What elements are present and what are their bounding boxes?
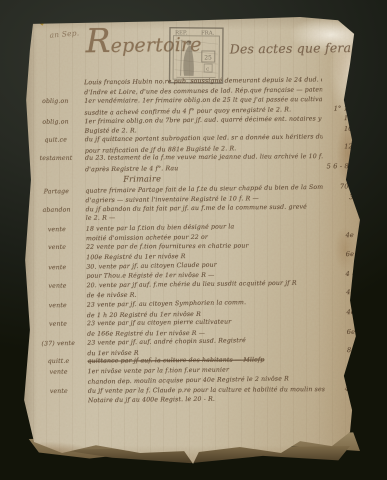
margin-label (29, 317, 87, 318)
margin-label (29, 355, 87, 356)
page-content: an Sep. Repertoire Des actes que fera RE… (17, 10, 365, 470)
margin-label (27, 153, 85, 154)
entry-text: du 23. testament de la f.me veuve marie … (85, 153, 323, 162)
margin-label: vente (28, 225, 86, 233)
margin-label: quitt.e (29, 358, 87, 365)
amount: 10 (323, 125, 353, 133)
amount: 3 (323, 193, 353, 201)
margin-label: oblig.on (26, 98, 84, 105)
register-line: vente22 vente par de f.tion fournitures … (28, 242, 354, 254)
margin-label: vente (30, 368, 88, 376)
margin-label (28, 202, 86, 203)
entry-text: 1er vendémiaire. 1er frimaire oblig.on d… (84, 96, 322, 105)
margin-label: Partage (27, 188, 85, 196)
margin-label: vente (28, 264, 86, 272)
amount: 15 (322, 114, 352, 122)
title-initial-flourish: R (85, 21, 111, 60)
amount: 8e (325, 346, 355, 354)
margin-label: abandon (28, 206, 86, 214)
margin-label (26, 94, 84, 95)
amount: 1° 10 (322, 104, 352, 112)
margin-label (29, 298, 87, 299)
entry-text: 22 vente par de f.tion fournitures en ch… (86, 242, 324, 251)
stamp-inner-border (173, 36, 219, 80)
margin-label (26, 114, 84, 115)
margin-label (30, 402, 88, 403)
photograph-background: an Sep. Repertoire Des actes que fera RE… (0, 0, 387, 480)
margin-label: vente (29, 282, 87, 290)
amount: 4 - (324, 270, 354, 278)
register-entries: Louis françois Hubin no.re pub. soussign… (26, 76, 356, 407)
register-line: Bugisté de 2. R.10 (27, 125, 353, 137)
page-title-continuation: Des actes que fera (230, 40, 352, 56)
margin-label (27, 171, 85, 172)
entry-text: du jf vente par la f. Claude p.re pour l… (88, 386, 326, 395)
stamp-value: 25 (204, 54, 212, 61)
top-left-annotation: an Sep. (49, 28, 79, 39)
amount: 4e (324, 231, 354, 239)
entry-text: le 2. R — (86, 213, 324, 222)
margin-label: vente (29, 320, 87, 328)
stamp-value-unit: c (206, 66, 209, 72)
stamp-banner-right: FRA. (201, 30, 215, 36)
manuscript-page: an Sep. Repertoire Des actes que fera RE… (20, 12, 362, 468)
margin-label: vente (29, 302, 87, 310)
amount: 4 5 (326, 385, 356, 393)
entry-text: 23 vente par jf au citoyen pierre cultiv… (87, 317, 325, 327)
margin-label: vente (28, 243, 86, 250)
margin-label (28, 240, 86, 241)
amount: 4e (325, 308, 355, 316)
entry-text: du jf abandon du fait fait par jf. au f.… (86, 203, 324, 213)
amount: 12 (323, 142, 353, 150)
margin-label: vente (30, 388, 88, 395)
entry-text: d'Indre et Loire, d'une des communes de … (84, 86, 322, 96)
amount: 3 (326, 374, 356, 382)
entry-text: quittance par jf auf. la culture des hab… (87, 356, 325, 365)
margin-label: (37) vente (29, 340, 87, 348)
entry-text: susdite a achevé confirmé du 4 f° pour q… (84, 105, 322, 116)
margin-label (30, 384, 88, 385)
margin-label (26, 84, 84, 85)
amount: 70 - (323, 183, 353, 191)
entry-text: Louis françois Hubin no.re pub. soussign… (84, 76, 322, 86)
margin-label: quit.ce (27, 137, 85, 145)
amount: 4e (325, 288, 355, 296)
margin-label: testament (27, 155, 85, 162)
margin-label (28, 260, 86, 261)
entry-text: Bugisté de 2. R. (85, 126, 323, 135)
stamp-banner-left: REP. (175, 30, 188, 36)
amount: 5 6 - 89 (323, 162, 353, 170)
margin-label: oblig.on (27, 118, 85, 126)
entry-text: pour Thou.e Régisté de 1er nivôse R — (86, 271, 324, 280)
